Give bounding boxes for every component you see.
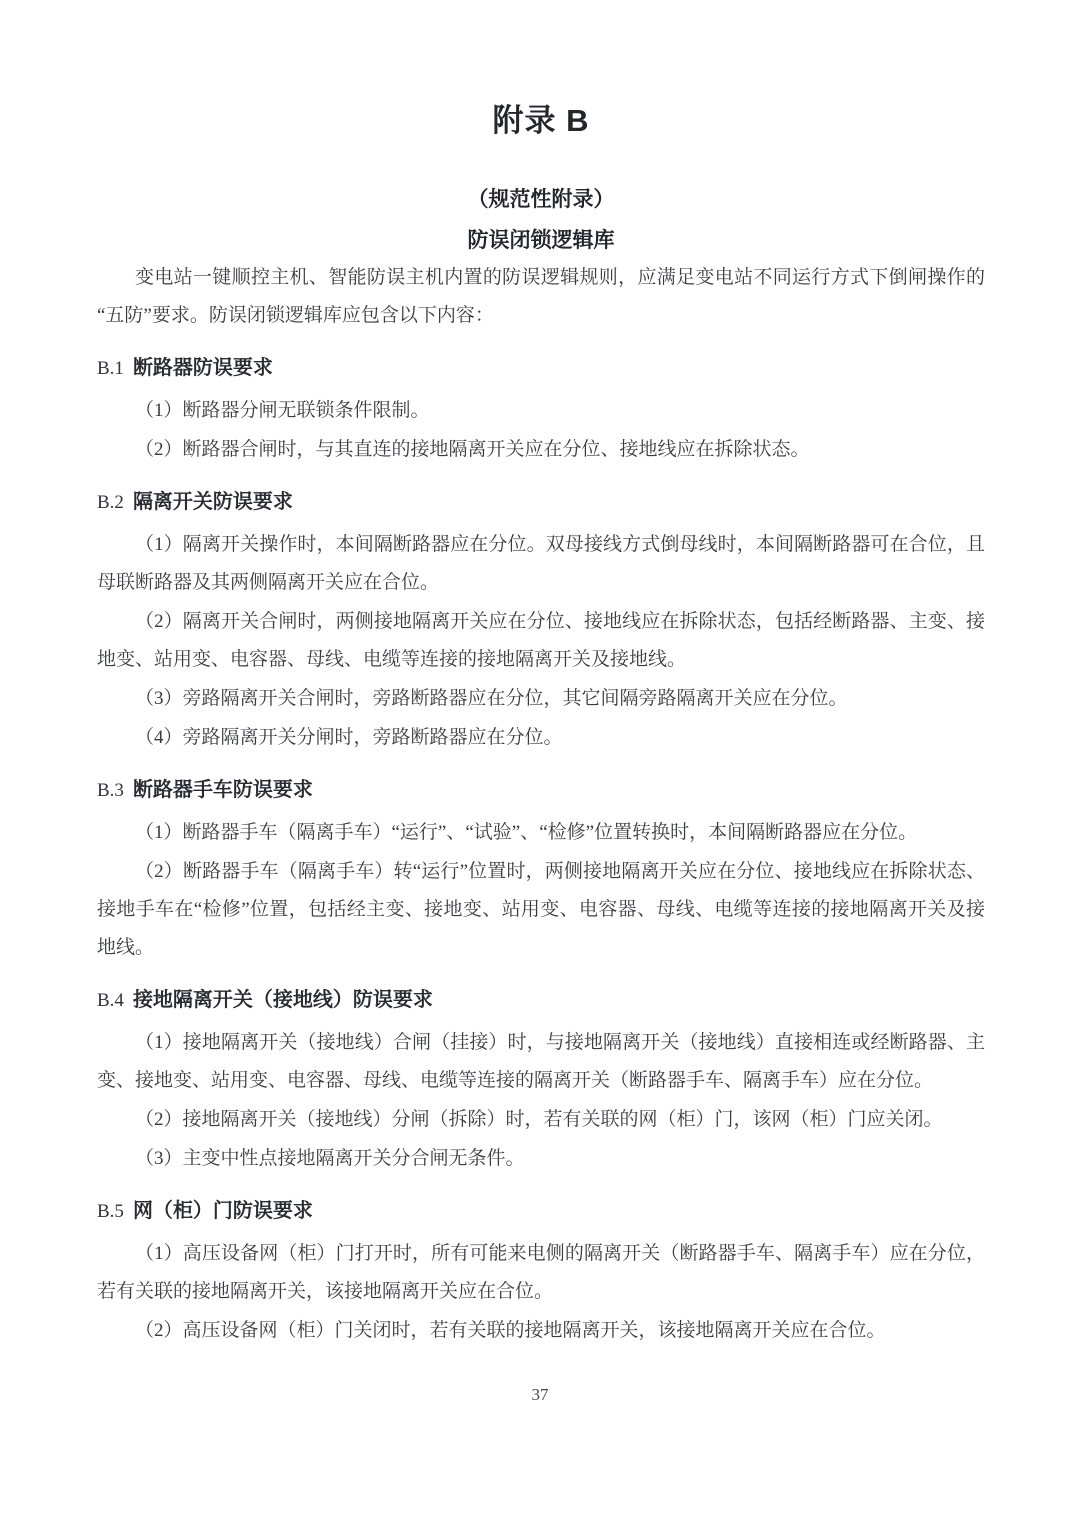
- section-item: （2）高压设备网（柜）门关闭时，若有关联的接地隔离开关，该接地隔离开关应在合位。: [97, 1312, 985, 1350]
- section-title: 隔离开关防误要求: [133, 491, 293, 513]
- section-title: 网（柜）门防误要求: [133, 1200, 313, 1222]
- section-title: 断路器防误要求: [133, 357, 273, 379]
- section-b3: B.3断路器手车防误要求 （1）断路器手车（隔离手车）“运行”、“试验”、“检修…: [97, 775, 985, 967]
- section-heading: B.1断路器防误要求: [97, 353, 985, 384]
- section-item: （2）隔离开关合闸时，两侧接地隔离开关应在分位、接地线应在拆除状态，包括经断路器…: [97, 603, 985, 679]
- intro-paragraph: 变电站一键顺控主机、智能防误主机内置的防误逻辑规则，应满足变电站不同运行方式下倒…: [97, 259, 985, 335]
- section-item: （1）断路器手车（隔离手车）“运行”、“试验”、“检修”位置转换时，本间隔断路器…: [97, 814, 985, 852]
- section-number: B.4: [97, 990, 124, 1011]
- section-item: （2）断路器合闸时，与其直连的接地隔离开关应在分位、接地线应在拆除状态。: [97, 431, 985, 469]
- section-b5: B.5网（柜）门防误要求 （1）高压设备网（柜）门打开时，所有可能来电侧的隔离开…: [97, 1196, 985, 1350]
- section-heading: B.4接地隔离开关（接地线）防误要求: [97, 985, 985, 1016]
- section-title: 断路器手车防误要求: [133, 779, 313, 801]
- section-item: （3）主变中性点接地隔离开关分合闸无条件。: [97, 1140, 985, 1178]
- section-item: （4）旁路隔离开关分闸时，旁路断路器应在分位。: [97, 719, 985, 757]
- section-b1: B.1断路器防误要求 （1）断路器分闸无联锁条件限制。（2）断路器合闸时，与其直…: [97, 353, 985, 469]
- section-number: B.5: [97, 1201, 124, 1222]
- section-item: （1）断路器分闸无联锁条件限制。: [97, 392, 985, 430]
- appendix-title: 附录 B: [97, 102, 985, 139]
- section-item: （1）接地隔离开关（接地线）合闸（挂接）时，与接地隔离开关（接地线）直接相连或经…: [97, 1024, 985, 1100]
- section-item: （3）旁路隔离开关合闸时，旁路断路器应在分位，其它间隔旁路隔离开关应在分位。: [97, 680, 985, 718]
- section-title: 接地隔离开关（接地线）防误要求: [133, 989, 433, 1011]
- normative-annex-subtitle: （规范性附录）: [97, 185, 985, 215]
- section-number: B.3: [97, 780, 124, 801]
- section-heading: B.2隔离开关防误要求: [97, 487, 985, 518]
- section-b4: B.4接地隔离开关（接地线）防误要求 （1）接地隔离开关（接地线）合闸（挂接）时…: [97, 985, 985, 1178]
- document-page: 附录 B （规范性附录） 防误闭锁逻辑库 变电站一键顺控主机、智能防误主机内置的…: [0, 0, 1080, 1527]
- section-number: B.1: [97, 358, 124, 379]
- section-b2: B.2隔离开关防误要求 （1）隔离开关操作时，本间隔断路器应在分位。双母接线方式…: [97, 487, 985, 757]
- section-item: （1）隔离开关操作时，本间隔断路器应在分位。双母接线方式倒母线时，本间隔断路器可…: [97, 526, 985, 602]
- section-item: （2）断路器手车（隔离手车）转“运行”位置时，两侧接地隔离开关应在分位、接地线应…: [97, 853, 985, 967]
- section-heading: B.5网（柜）门防误要求: [97, 1196, 985, 1227]
- page-number: 37: [0, 1385, 1080, 1405]
- section-item: （1）高压设备网（柜）门打开时，所有可能来电侧的隔离开关（断路器手车、隔离手车）…: [97, 1235, 985, 1311]
- interlock-logic-library-subtitle: 防误闭锁逻辑库: [97, 226, 985, 256]
- section-item: （2）接地隔离开关（接地线）分闸（拆除）时，若有关联的网（柜）门，该网（柜）门应…: [97, 1101, 985, 1139]
- section-number: B.2: [97, 492, 124, 513]
- sections-container: B.1断路器防误要求 （1）断路器分闸无联锁条件限制。（2）断路器合闸时，与其直…: [97, 353, 985, 1350]
- section-heading: B.3断路器手车防误要求: [97, 775, 985, 806]
